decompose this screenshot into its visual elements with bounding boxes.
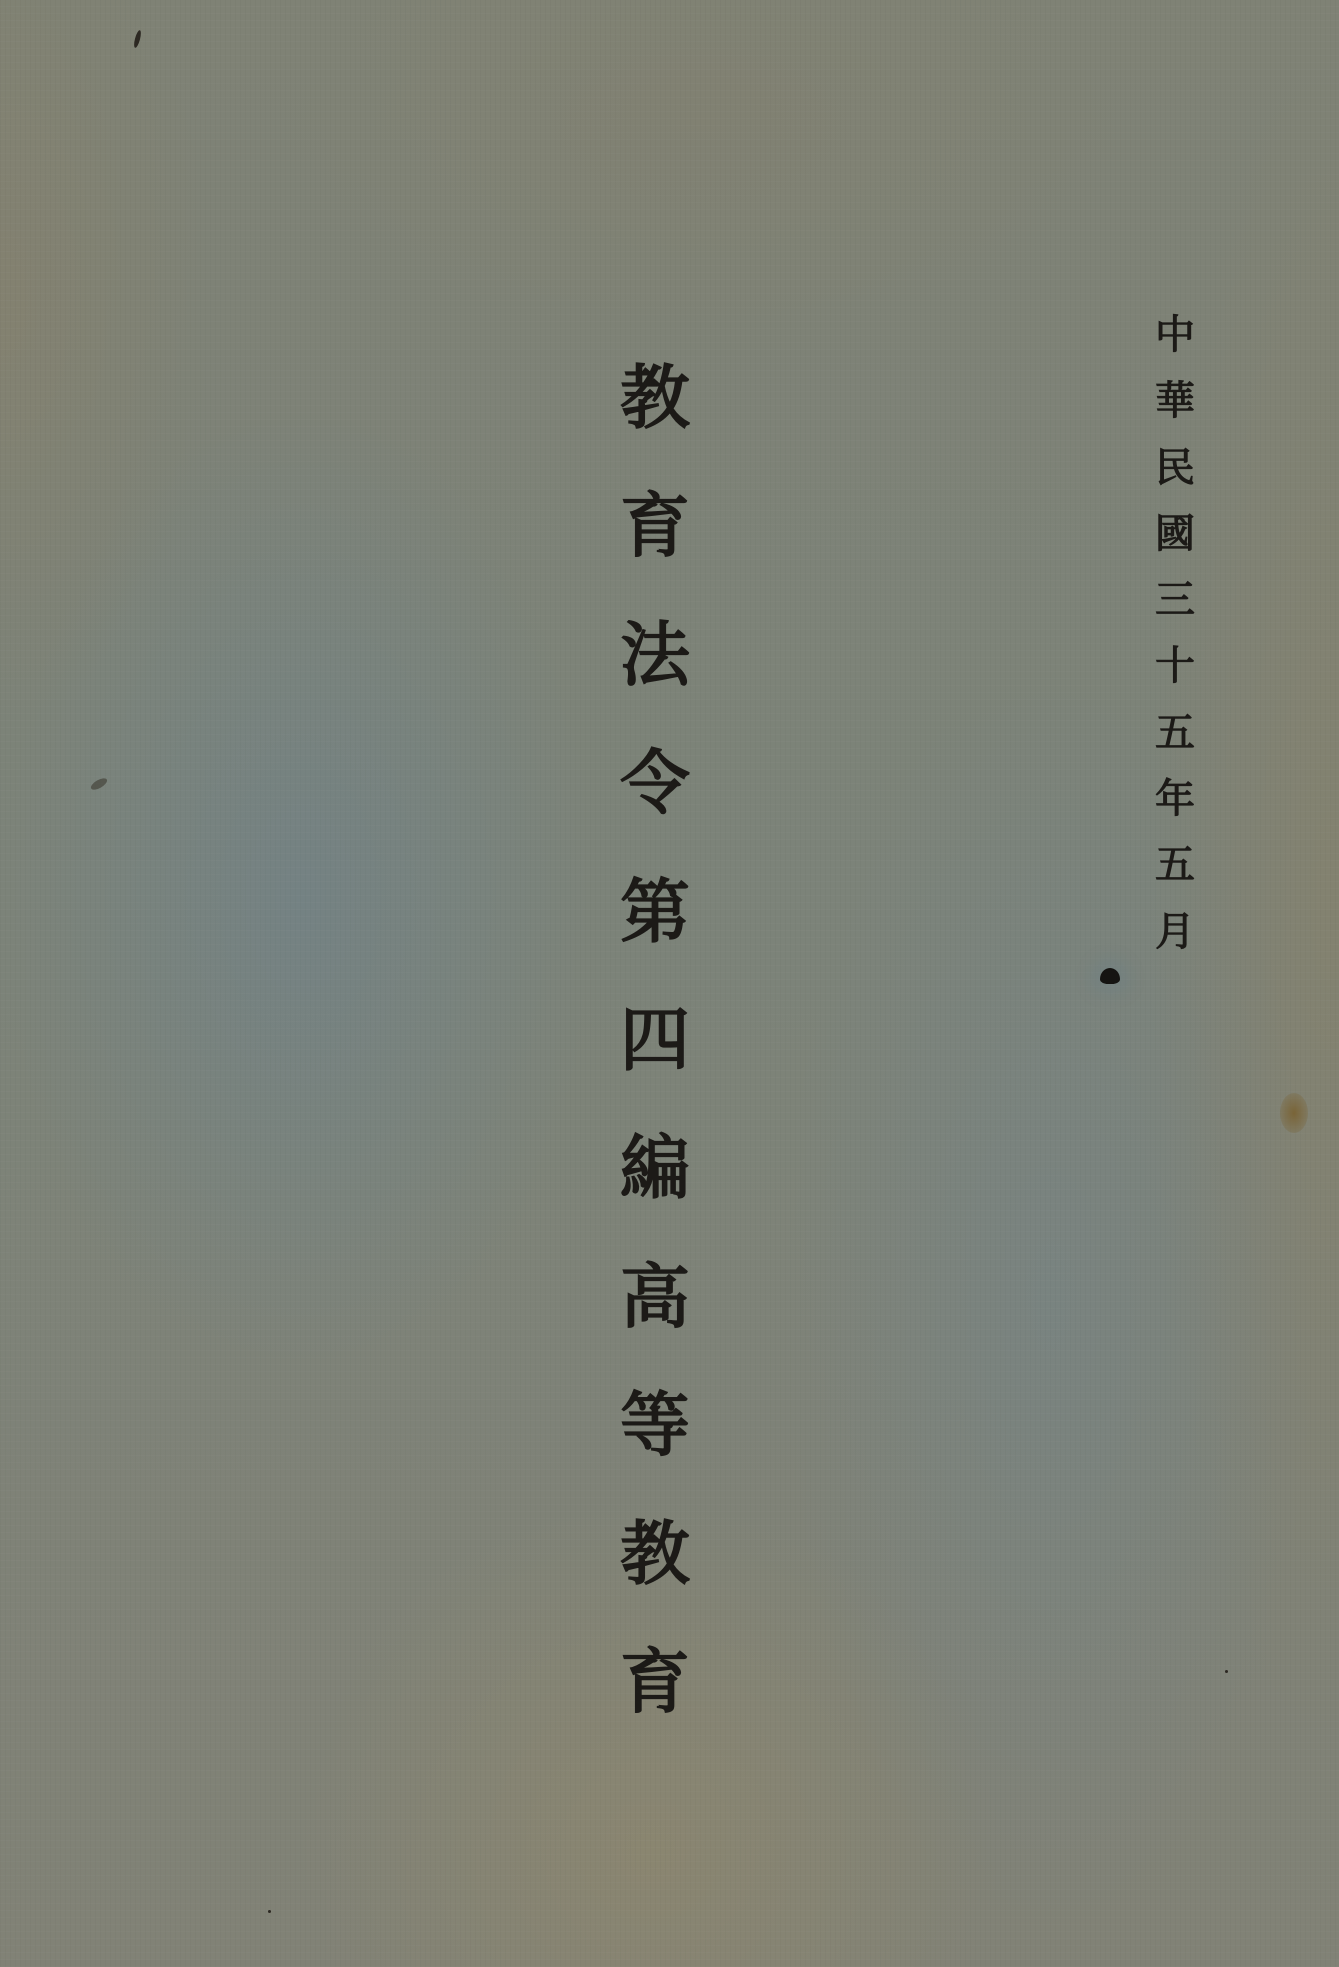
title-char: 育	[613, 1640, 697, 1768]
date-char: 民	[1150, 443, 1200, 509]
date-char: 五	[1150, 708, 1200, 774]
title-char: 高	[613, 1255, 697, 1383]
date-char: 五	[1150, 840, 1200, 906]
title-char: 教	[613, 1512, 697, 1640]
title-char: 育	[613, 484, 697, 612]
title-char: 第	[613, 870, 697, 998]
paper-speck	[133, 30, 142, 49]
ink-blot	[1100, 968, 1120, 984]
date-char: 年	[1150, 774, 1200, 840]
title-char: 令	[613, 741, 697, 869]
paper-speck	[89, 776, 109, 792]
date-char: 中	[1150, 310, 1200, 376]
brown-stain	[1280, 1093, 1308, 1133]
date-char: 月	[1150, 907, 1200, 973]
title-char: 編	[613, 1126, 697, 1254]
date-char: 國	[1150, 509, 1200, 575]
title-column: 教 育 法 令 第 四 編 高 等 教 育	[613, 356, 697, 1768]
title-char: 等	[613, 1383, 697, 1511]
title-char: 法	[613, 613, 697, 741]
date-char: 十	[1150, 641, 1200, 707]
date-char: 三	[1150, 575, 1200, 641]
paper-speck	[1225, 1670, 1228, 1673]
paper-speck	[268, 1910, 271, 1913]
date-column: 中 華 民 國 三 十 五 年 五 月	[1150, 310, 1200, 973]
document-cover: 教 育 法 令 第 四 編 高 等 教 育 中 華 民 國 三 十 五 年 五 …	[0, 0, 1339, 1967]
date-char: 華	[1150, 376, 1200, 442]
title-char: 教	[613, 356, 697, 484]
title-char: 四	[613, 998, 697, 1126]
